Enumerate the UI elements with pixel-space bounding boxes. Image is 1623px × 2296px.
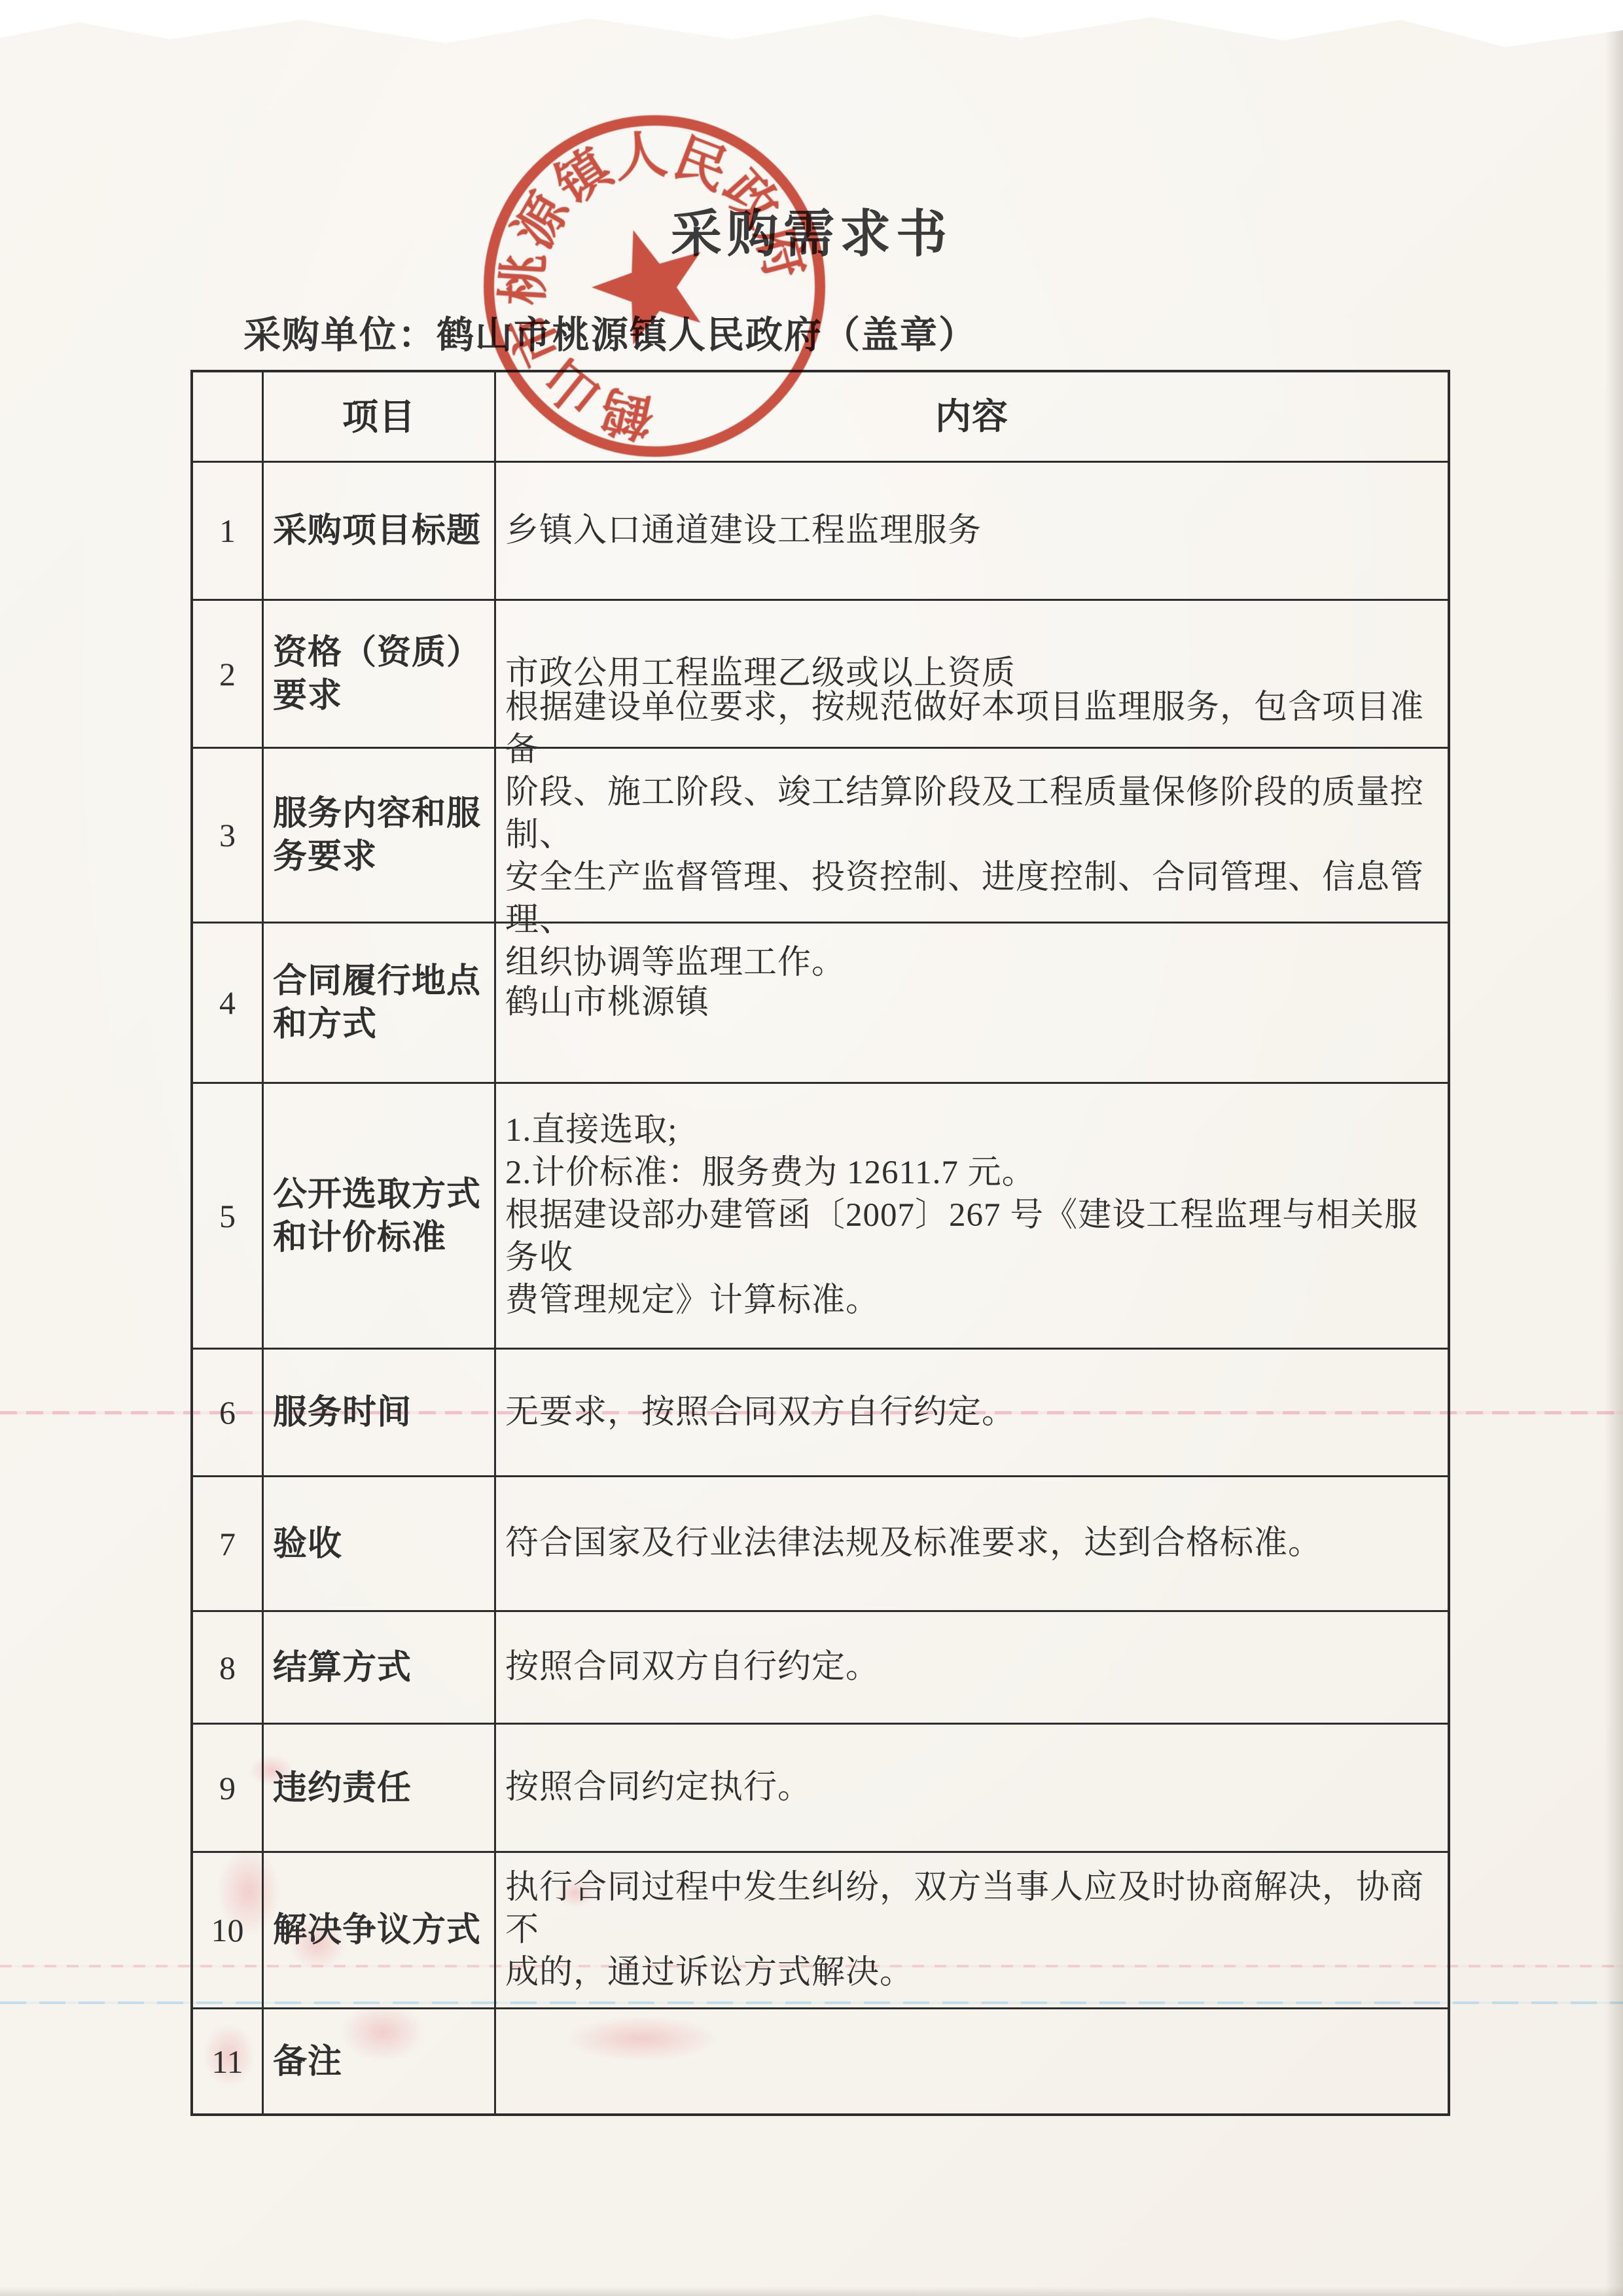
row-number: 3 — [193, 749, 262, 922]
row-number: 7 — [193, 1477, 262, 1610]
svg-text:人: 人 — [612, 126, 670, 188]
row-label: 采购项目标题 — [262, 463, 494, 599]
table-row: 5 公开选取方式 和计价标准 1.直接选取; 2.计价标准：服务费为 12611… — [193, 1082, 1448, 1348]
row-label: 结算方式 — [262, 1612, 494, 1723]
row-content: 鹤山市桃源镇 — [494, 924, 1448, 1082]
row-content: 执行合同过程中发生纠纷，双方当事人应及时协商解决，协商不 成的，通过诉讼方式解决… — [494, 1853, 1448, 2007]
row-label: 解决争议方式 — [262, 1853, 494, 2007]
row-content: 按照合同约定执行。 — [494, 1725, 1448, 1851]
table-row: 3 服务内容和服 务要求 根据建设单位要求，按规范做好本项目监理服务，包含项目准… — [193, 747, 1448, 922]
page-edge-shadow-bottom — [0, 2287, 1623, 2296]
row-content: 按照合同双方自行约定。 — [494, 1612, 1448, 1723]
row-content: 无要求，按照合同双方自行约定。 — [494, 1350, 1448, 1475]
row-number: 8 — [193, 1612, 262, 1723]
header-item-cell: 项目 — [262, 372, 494, 461]
row-content: 符合国家及行业法律法规及标准要求，达到合格标准。 — [494, 1477, 1448, 1610]
row-number: 2 — [193, 601, 262, 747]
svg-text:桃: 桃 — [495, 251, 555, 306]
row-content: 1.直接选取; 2.计价标准：服务费为 12611.7 元。 根据建设部办建管函… — [494, 1084, 1448, 1348]
official-stamp: 鹤山市桃源镇人民政府 — [478, 108, 831, 488]
row-label: 资格（资质） 要求 — [262, 601, 494, 747]
page-edge-shadow-right — [1605, 0, 1623, 2296]
row-number: 1 — [193, 463, 262, 599]
row-number: 11 — [193, 2009, 262, 2113]
row-label: 合同履行地点 和方式 — [262, 924, 494, 1082]
row-label: 备注 — [262, 2009, 494, 2113]
table-row: 9 违约责任 按照合同约定执行。 — [193, 1723, 1448, 1851]
table-row: 4 合同履行地点 和方式 鹤山市桃源镇 — [193, 922, 1448, 1082]
row-number: 5 — [193, 1084, 262, 1348]
row-content — [494, 2009, 1448, 2113]
row-number: 4 — [193, 924, 262, 1082]
row-number: 9 — [193, 1725, 262, 1851]
table-row: 6 服务时间 无要求，按照合同双方自行约定。 — [193, 1348, 1448, 1475]
row-number: 6 — [193, 1350, 262, 1475]
header-num-cell — [193, 372, 262, 461]
row-label: 公开选取方式 和计价标准 — [262, 1084, 494, 1348]
table-row: 8 结算方式 按照合同双方自行约定。 — [193, 1610, 1448, 1723]
scanned-page: 采购需求书 采购单位：鹤山市桃源镇人民政府（盖章） 项目 内容 1 采购项目标题… — [0, 0, 1623, 2296]
table-row: 11 备注 — [193, 2007, 1448, 2113]
table-row: 10 解决争议方式 执行合同过程中发生纠纷，双方当事人应及时协商解决，协商不 成… — [193, 1851, 1448, 2007]
row-label: 验收 — [262, 1477, 494, 1610]
row-label: 违约责任 — [262, 1725, 494, 1851]
row-label: 服务内容和服 务要求 — [262, 749, 494, 922]
requirements-table: 项目 内容 1 采购项目标题 乡镇入口通道建设工程监理服务 2 资格（资质） 要… — [190, 370, 1450, 2116]
torn-paper-edge — [0, 0, 1623, 60]
table-row: 7 验收 符合国家及行业法律法规及标准要求，达到合格标准。 — [193, 1475, 1448, 1610]
stamp-star-icon — [579, 212, 721, 351]
svg-text:鹤: 鹤 — [596, 379, 660, 446]
row-label: 服务时间 — [262, 1350, 494, 1475]
row-number: 10 — [193, 1853, 262, 2007]
row-content: 根据建设单位要求，按规范做好本项目监理服务，包含项目准备 阶段、施工阶段、竣工结… — [494, 749, 1448, 922]
